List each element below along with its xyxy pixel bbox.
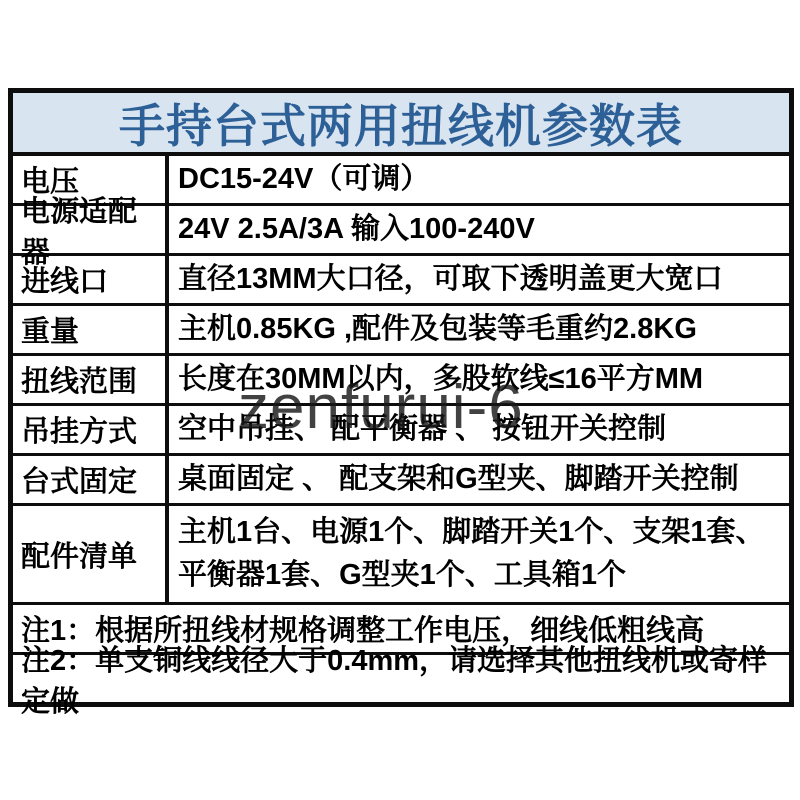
table-row-power-adapter: 电源适配器 24V 2.5A/3A 输入100-240V (13, 206, 789, 256)
row-value: 长度在30MM以内，多股软线≤16平方MM (169, 356, 789, 403)
row-value: 主机0.85KG ,配件及包装等毛重约2.8KG (169, 306, 789, 353)
table-row-twist-range: 扭线范围 长度在30MM以内，多股软线≤16平方MM (13, 356, 789, 406)
row-label: 重量 (13, 306, 169, 353)
row-value: 主机1台、电源1个、脚踏开关1个、支架1套、平衡器1套、G型夹1个、工具箱1个 (169, 506, 789, 602)
table-row-weight: 重量 主机0.85KG ,配件及包装等毛重约2.8KG (13, 306, 789, 356)
row-value: DC15-24V（可调） (169, 156, 789, 203)
row-label: 进线口 (13, 256, 169, 303)
table-row-wire-inlet: 进线口 直径13MM大口径，可取下透明盖更大宽口 (13, 256, 789, 306)
spec-table: 手持台式两用扭线机参数表 电压 DC15-24V（可调） 电源适配器 24V 2… (8, 88, 794, 707)
row-label: 台式固定 (13, 456, 169, 503)
row-value: 空中吊挂、 配平衡器 、 按钮开关控制 (169, 406, 789, 453)
note-2: 注2：单支铜线线径大于0.4mm，请选择其他扭线机或寄样定做 (13, 655, 789, 702)
row-value: 24V 2.5A/3A 输入100-240V (169, 206, 789, 253)
row-label: 吊挂方式 (13, 406, 169, 453)
table-row-hanging-mode: 吊挂方式 空中吊挂、 配平衡器 、 按钮开关控制 (13, 406, 789, 456)
row-label: 配件清单 (13, 506, 169, 602)
row-value: 直径13MM大口径，可取下透明盖更大宽口 (169, 256, 789, 303)
table-row-accessory-list: 配件清单 主机1台、电源1个、脚踏开关1个、支架1套、平衡器1套、G型夹1个、工… (13, 506, 789, 605)
row-label: 电源适配器 (13, 206, 169, 253)
row-label: 扭线范围 (13, 356, 169, 403)
table-row-desktop-fixing: 台式固定 桌面固定 、 配支架和G型夹、脚踏开关控制 (13, 456, 789, 506)
table-title: 手持台式两用扭线机参数表 (13, 93, 789, 156)
row-value: 桌面固定 、 配支架和G型夹、脚踏开关控制 (169, 456, 789, 503)
